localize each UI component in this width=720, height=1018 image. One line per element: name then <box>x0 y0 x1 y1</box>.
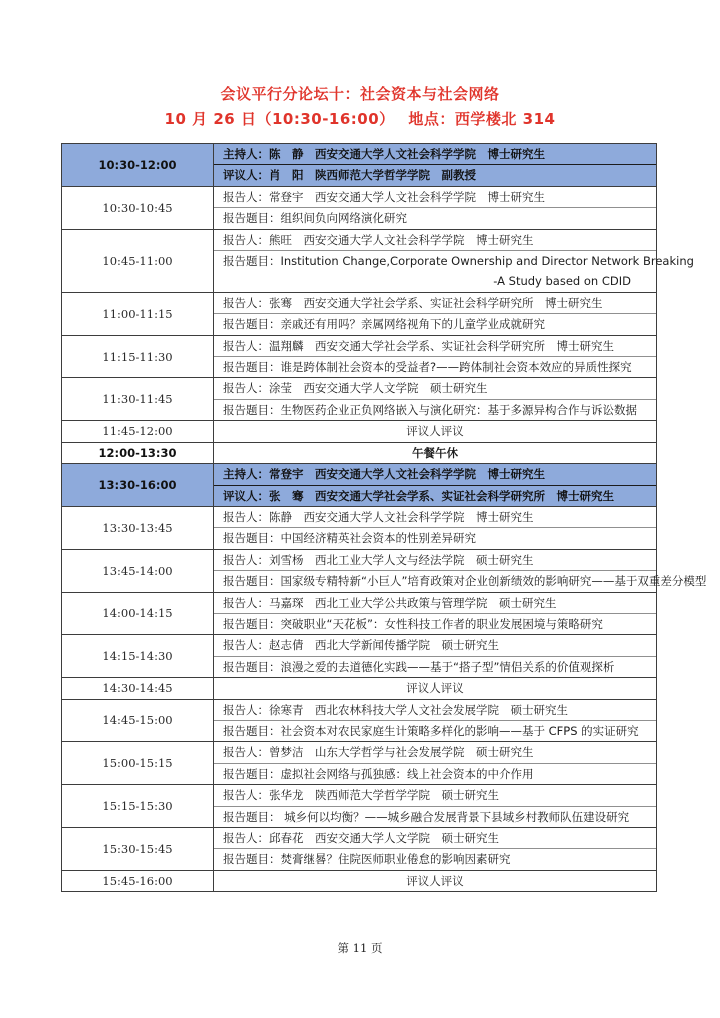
time-cell: 11:30-11:45 <box>62 378 214 420</box>
content-cells: 报告人：常登宇 西安交通大学人文社会科学学院 博士研究生报告题目：组织间负向网络… <box>214 187 656 229</box>
content-cells: 报告人：张华龙 陕西师范大学哲学学院 硕士研究生报告题目： 城乡何以均衡？——城… <box>214 785 656 827</box>
text-line: 报告人：常登宇 西安交通大学人文社会科学学院 博士研究生 <box>223 187 647 207</box>
reviewer-cell: 评议人：张 骞 西安交通大学社会学系、实证社会科学研究所 博士研究生 <box>214 485 656 506</box>
presenter-cell: 报告人：刘雪杨 西北工业大学人文与经法学院 硕士研究生 <box>214 550 656 570</box>
time-cell: 12:00-13:30 <box>62 443 214 463</box>
schedule-group-11:45-12:00: 11:45-12:00评议人评议 <box>62 420 656 441</box>
topic-cell: 报告题目：焚膏继晷？住院医师职业倦怠的影响因素研究 <box>214 848 656 869</box>
text-line: 评议人评议 <box>406 871 464 891</box>
presenter-cell: 报告人：曾梦洁 山东大学哲学与社会发展学院 硕士研究生 <box>214 742 656 762</box>
content-cells: 报告人：涂莹 西安交通大学人文学院 硕士研究生报告题目：生物医药企业正负网络嵌入… <box>214 378 656 420</box>
text-line: 报告人：徐寒青 西北农林科技大学人文社会发展学院 硕士研究生 <box>223 700 647 720</box>
presenter-cell: 报告人：涂莹 西安交通大学人文学院 硕士研究生 <box>214 378 656 398</box>
schedule-group-11:00-11:15: 11:00-11:15报告人：张骞 西安交通大学社会学系、实证社会科学研究所 博… <box>62 292 656 335</box>
text-line: 报告题目：中国经济精英社会资本的性别差异研究 <box>223 528 647 548</box>
schedule-group-15:45-16:00: 15:45-16:00评议人评议 <box>62 870 656 891</box>
document-page: 会议平行分论坛十：社会资本与社会网络 10 月 26 日（10:30-16:00… <box>0 0 720 1018</box>
time-cell: 11:00-11:15 <box>62 293 214 335</box>
text-line: 报告题目：组织间负向网络演化研究 <box>223 208 647 228</box>
discussion-cell: 评议人评议 <box>214 421 656 441</box>
time-cell: 15:00-15:15 <box>62 742 214 784</box>
text-line: 报告人：邱春花 西安交通大学人文学院 硕士研究生 <box>223 828 647 848</box>
content-cells: 报告人：赵志倩 西北大学新闻传播学院 硕士研究生报告题目：浪漫之爱的去道德化实践… <box>214 635 656 677</box>
topic-cell: 报告题目：虚拟社会网络与孤独感：线上社会资本的中介作用 <box>214 763 656 784</box>
text-line: 报告题目：国家级专精特新“小巨人”培育政策对企业创新绩效的影响研究——基于双重差… <box>223 571 647 591</box>
text-line: 评议人评议 <box>406 678 464 698</box>
content-cells: 主持人：常登宇 西安交通大学人文社会科学学院 博士研究生评议人：张 骞 西安交通… <box>214 464 656 506</box>
time-cell: 14:00-14:15 <box>62 593 214 635</box>
time-cell: 13:45-14:00 <box>62 550 214 592</box>
host-cell: 主持人：陈 静 西安交通大学人文社会科学学院 博士研究生 <box>214 144 656 164</box>
content-cells: 报告人：张骞 西安交通大学社会学系、实证社会科学研究所 博士研究生报告题目：亲戚… <box>214 293 656 335</box>
reviewer-cell: 评议人：肖 阳 陕西师范大学哲学学院 副教授 <box>214 164 656 185</box>
presenter-cell: 报告人：徐寒青 西北农林科技大学人文社会发展学院 硕士研究生 <box>214 700 656 720</box>
page-number: 第 11 页 <box>0 940 720 956</box>
time-cell: 11:45-12:00 <box>62 421 214 441</box>
text-line: 报告题目：突破职业“天花板”：女性科技工作者的职业发展困境与策略研究 <box>223 614 647 634</box>
text-line: 评议人：肖 阳 陕西师范大学哲学学院 副教授 <box>223 165 647 185</box>
discussion-cell: 评议人评议 <box>214 678 656 698</box>
text-line: 报告题目：生物医药企业正负网络嵌入与演化研究：基于多源异构合作与诉讼数据 <box>223 400 647 420</box>
text-line: 报告人：温翔麟 西安交通大学社会学系、实证社会科学研究所 博士研究生 <box>223 336 647 356</box>
schedule-group-15:30-15:45: 15:30-15:45报告人：邱春花 西安交通大学人文学院 硕士研究生报告题目：… <box>62 827 656 870</box>
text-line: 报告题目：亲戚还有用吗？亲属网络视角下的儿童学业成就研究 <box>223 314 647 334</box>
page-title: 会议平行分论坛十：社会资本与社会网络 <box>0 83 720 104</box>
content-cells: 报告人：邱春花 西安交通大学人文学院 硕士研究生报告题目：焚膏继晷？住院医师职业… <box>214 828 656 870</box>
discussion-cell: 评议人评议 <box>214 871 656 891</box>
text-line: 报告人：刘雪杨 西北工业大学人文与经法学院 硕士研究生 <box>223 550 647 570</box>
text-line: 报告题目：Institution Change,Corporate Owners… <box>223 251 647 271</box>
text-line: 报告题目：焚膏继晷？住院医师职业倦怠的影响因素研究 <box>223 849 647 869</box>
topic-cell: 报告题目：浪漫之爱的去道德化实践——基于“搭子型”情侣关系的价值观探析 <box>214 656 656 677</box>
time-cell: 15:30-15:45 <box>62 828 214 870</box>
topic-cell: 报告题目：中国经济精英社会资本的性别差异研究 <box>214 527 656 548</box>
text-line: 报告题目：社会资本对农民家庭生计策略多样化的影响——基于 CFPS 的实证研究 <box>223 721 647 741</box>
time-cell: 13:30-16:00 <box>62 464 214 506</box>
content-cells: 报告人：徐寒青 西北农林科技大学人文社会发展学院 硕士研究生报告题目：社会资本对… <box>214 700 656 742</box>
topic-cell: 报告题目：亲戚还有用吗？亲属网络视角下的儿童学业成就研究 <box>214 313 656 334</box>
time-cell: 14:45-15:00 <box>62 700 214 742</box>
lunch-cell: 午餐午休 <box>214 443 656 463</box>
schedule-group-10:30-12:00: 10:30-12:00主持人：陈 静 西安交通大学人文社会科学学院 博士研究生评… <box>62 144 656 186</box>
text-line: 报告题目：浪漫之爱的去道德化实践——基于“搭子型”情侣关系的价值观探析 <box>223 657 647 677</box>
text-line: 午餐午休 <box>412 443 458 463</box>
text-line: 报告题目：虚拟社会网络与孤独感：线上社会资本的中介作用 <box>223 764 647 784</box>
content-cells: 评议人评议 <box>214 678 656 698</box>
topic-cell: 报告题目：社会资本对农民家庭生计策略多样化的影响——基于 CFPS 的实证研究 <box>214 720 656 741</box>
text-line: 报告人：熊旺 西安交通大学人文社会科学学院 博士研究生 <box>223 230 647 250</box>
schedule-group-12:00-13:30: 12:00-13:30午餐午休 <box>62 442 656 463</box>
time-cell: 10:30-10:45 <box>62 187 214 229</box>
presenter-cell: 报告人：赵志倩 西北大学新闻传播学院 硕士研究生 <box>214 635 656 655</box>
time-cell: 15:15-15:30 <box>62 785 214 827</box>
schedule-group-15:00-15:15: 15:00-15:15报告人：曾梦洁 山东大学哲学与社会发展学院 硕士研究生报告… <box>62 741 656 784</box>
presenter-cell: 报告人：张华龙 陕西师范大学哲学学院 硕士研究生 <box>214 785 656 805</box>
content-cells: 主持人：陈 静 西安交通大学人文社会科学学院 博士研究生评议人：肖 阳 陕西师范… <box>214 144 656 186</box>
topic-cell: 报告题目：谁是跨体制社会资本的受益者?——跨体制社会资本效应的异质性探究 <box>214 356 656 377</box>
text-line: 报告人：张骞 西安交通大学社会学系、实证社会科学研究所 博士研究生 <box>223 293 647 313</box>
presenter-cell: 报告人：常登宇 西安交通大学人文社会科学学院 博士研究生 <box>214 187 656 207</box>
text-line: 报告题目： 城乡何以均衡？——城乡融合发展背景下县域乡村教师队伍建设研究 <box>223 807 647 827</box>
text-line: 报告人：陈静 西安交通大学人文社会科学学院 博士研究生 <box>223 507 647 527</box>
presenter-cell: 报告人：温翔麟 西安交通大学社会学系、实证社会科学研究所 博士研究生 <box>214 336 656 356</box>
topic-cell: 报告题目：生物医药企业正负网络嵌入与演化研究：基于多源异构合作与诉讼数据 <box>214 399 656 420</box>
schedule-group-11:15-11:30: 11:15-11:30报告人：温翔麟 西安交通大学社会学系、实证社会科学研究所 … <box>62 335 656 378</box>
text-line: 报告题目：谁是跨体制社会资本的受益者?——跨体制社会资本效应的异质性探究 <box>223 357 647 377</box>
schedule-group-13:30-13:45: 13:30-13:45报告人：陈静 西安交通大学人文社会科学学院 博士研究生报告… <box>62 506 656 549</box>
schedule-group-11:30-11:45: 11:30-11:45报告人：涂莹 西安交通大学人文学院 硕士研究生报告题目：生… <box>62 377 656 420</box>
schedule-group-14:00-14:15: 14:00-14:15报告人：马嘉琛 西北工业大学公共政策与管理学院 硕士研究生… <box>62 592 656 635</box>
time-cell: 13:30-13:45 <box>62 507 214 549</box>
content-cells: 报告人：熊旺 西安交通大学人文社会科学学院 博士研究生报告题目：Institut… <box>214 230 656 292</box>
topic-cell: 报告题目：国家级专精特新“小巨人”培育政策对企业创新绩效的影响研究——基于双重差… <box>214 570 656 591</box>
topic-cell: 报告题目：组织间负向网络演化研究 <box>214 207 656 228</box>
topic-cell: 报告题目： 城乡何以均衡？——城乡融合发展背景下县域乡村教师队伍建设研究 <box>214 806 656 827</box>
presenter-cell: 报告人：张骞 西安交通大学社会学系、实证社会科学研究所 博士研究生 <box>214 293 656 313</box>
schedule-group-10:45-11:00: 10:45-11:00报告人：熊旺 西安交通大学人文社会科学学院 博士研究生报告… <box>62 229 656 292</box>
time-cell: 14:30-14:45 <box>62 678 214 698</box>
topic-cell: 报告题目：Institution Change,Corporate Owners… <box>214 250 656 292</box>
text-line: -A Study based on CDID <box>223 271 647 291</box>
content-cells: 报告人：陈静 西安交通大学人文社会科学学院 博士研究生报告题目：中国经济精英社会… <box>214 507 656 549</box>
schedule-group-14:45-15:00: 14:45-15:00报告人：徐寒青 西北农林科技大学人文社会发展学院 硕士研究… <box>62 699 656 742</box>
time-cell: 14:15-14:30 <box>62 635 214 677</box>
time-cell: 11:15-11:30 <box>62 336 214 378</box>
presenter-cell: 报告人：邱春花 西安交通大学人文学院 硕士研究生 <box>214 828 656 848</box>
text-line: 评议人评议 <box>406 421 464 441</box>
content-cells: 报告人：曾梦洁 山东大学哲学与社会发展学院 硕士研究生报告题目：虚拟社会网络与孤… <box>214 742 656 784</box>
content-cells: 评议人评议 <box>214 871 656 891</box>
text-line: 报告人：曾梦洁 山东大学哲学与社会发展学院 硕士研究生 <box>223 742 647 762</box>
text-line: 报告人：张华龙 陕西师范大学哲学学院 硕士研究生 <box>223 785 647 805</box>
topic-cell: 报告题目：突破职业“天花板”：女性科技工作者的职业发展困境与策略研究 <box>214 613 656 634</box>
content-cells: 午餐午休 <box>214 443 656 463</box>
schedule-group-14:15-14:30: 14:15-14:30报告人：赵志倩 西北大学新闻传播学院 硕士研究生报告题目：… <box>62 634 656 677</box>
content-cells: 报告人：温翔麟 西安交通大学社会学系、实证社会科学研究所 博士研究生报告题目：谁… <box>214 336 656 378</box>
time-cell: 10:30-12:00 <box>62 144 214 186</box>
text-line: 评议人：张 骞 西安交通大学社会学系、实证社会科学研究所 博士研究生 <box>223 486 647 506</box>
content-cells: 评议人评议 <box>214 421 656 441</box>
page-subtitle: 10 月 26 日（10:30-16:00） 地点：西学楼北 314 <box>0 108 720 129</box>
text-line: 报告人：涂莹 西安交通大学人文学院 硕士研究生 <box>223 378 647 398</box>
schedule-group-10:30-10:45: 10:30-10:45报告人：常登宇 西安交通大学人文社会科学学院 博士研究生报… <box>62 186 656 229</box>
text-line: 报告人：马嘉琛 西北工业大学公共政策与管理学院 硕士研究生 <box>223 593 647 613</box>
presenter-cell: 报告人：陈静 西安交通大学人文社会科学学院 博士研究生 <box>214 507 656 527</box>
schedule-group-15:15-15:30: 15:15-15:30报告人：张华龙 陕西师范大学哲学学院 硕士研究生报告题目：… <box>62 784 656 827</box>
schedule-group-13:45-14:00: 13:45-14:00报告人：刘雪杨 西北工业大学人文与经法学院 硕士研究生报告… <box>62 549 656 592</box>
presenter-cell: 报告人：马嘉琛 西北工业大学公共政策与管理学院 硕士研究生 <box>214 593 656 613</box>
schedule-group-14:30-14:45: 14:30-14:45评议人评议 <box>62 677 656 698</box>
content-cells: 报告人：马嘉琛 西北工业大学公共政策与管理学院 硕士研究生报告题目：突破职业“天… <box>214 593 656 635</box>
schedule-group-13:30-16:00: 13:30-16:00主持人：常登宇 西安交通大学人文社会科学学院 博士研究生评… <box>62 463 656 506</box>
text-line: 主持人：陈 静 西安交通大学人文社会科学学院 博士研究生 <box>223 144 647 164</box>
schedule-table: 10:30-12:00主持人：陈 静 西安交通大学人文社会科学学院 博士研究生评… <box>61 143 657 892</box>
host-cell: 主持人：常登宇 西安交通大学人文社会科学学院 博士研究生 <box>214 464 656 484</box>
text-line: 报告人：赵志倩 西北大学新闻传播学院 硕士研究生 <box>223 635 647 655</box>
content-cells: 报告人：刘雪杨 西北工业大学人文与经法学院 硕士研究生报告题目：国家级专精特新“… <box>214 550 656 592</box>
text-line: 主持人：常登宇 西安交通大学人文社会科学学院 博士研究生 <box>223 464 647 484</box>
time-cell: 15:45-16:00 <box>62 871 214 891</box>
time-cell: 10:45-11:00 <box>62 230 214 292</box>
presenter-cell: 报告人：熊旺 西安交通大学人文社会科学学院 博士研究生 <box>214 230 656 250</box>
